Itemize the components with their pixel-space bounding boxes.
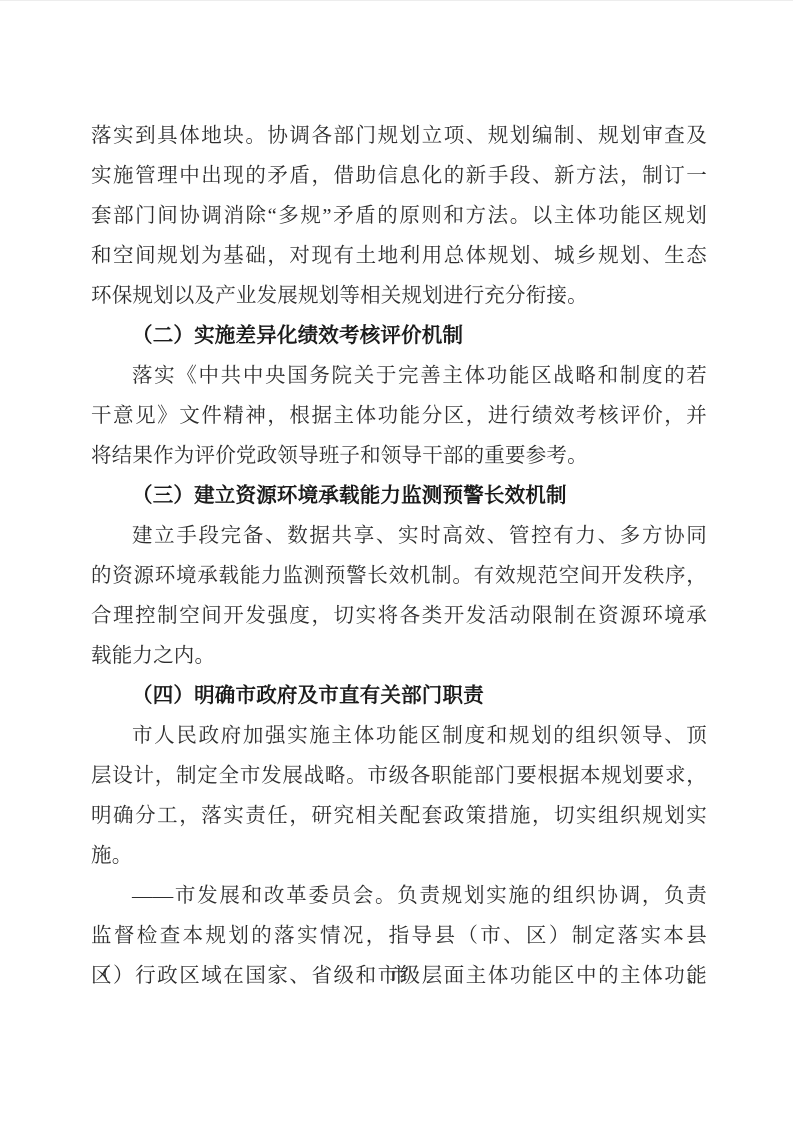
- text-line: 区）行政区域在国家、省级和市级层面主体功能区中的主体功能: [91, 956, 707, 996]
- document-body: 落实到具体地块。协调各部门规划立项、规划编制、规划审查及实施管理中出现的矛盾，借…: [91, 116, 707, 996]
- text-line: 明确分工，落实责任，研究相关配套政策措施，切实组织规划实: [91, 796, 707, 836]
- text-line: 市人民政府加强实施主体功能区制度和规划的组织领导、顶: [91, 716, 707, 756]
- text-line: 监督检查本规划的落实情况，指导县（市、区）制定落实本县（市、: [91, 916, 707, 956]
- text-line: 套部门间协调消除“多规”矛盾的原则和方法。以主体功能区规划: [91, 196, 707, 236]
- text-line: 的资源环境承载能力监测预警长效机制。有效规范空间开发秩序，: [91, 556, 707, 596]
- text-line: 施。: [91, 836, 707, 876]
- section-heading-line: （二）实施差异化绩效考核评价机制: [91, 316, 707, 356]
- text-line: 层设计，制定全市发展战略。市级各职能部门要根据本规划要求，: [91, 756, 707, 796]
- section-heading-line: （四）明确市政府及市直有关部门职责: [91, 676, 707, 716]
- text-line: 落实《中共中央国务院关于完善主体功能区战略和制度的若: [91, 356, 707, 396]
- text-line: 载能力之内。: [91, 636, 707, 676]
- text-line: 和空间规划为基础，对现有土地利用总体规划、城乡规划、生态: [91, 236, 707, 276]
- text-line: ——市发展和改革委员会。负责规划实施的组织协调，负责: [91, 876, 707, 916]
- document-page: 落实到具体地块。协调各部门规划立项、规划编制、规划审查及实施管理中出现的矛盾，借…: [0, 0, 793, 1122]
- text-line: 环保规划以及产业发展规划等相关规划进行充分衔接。: [91, 276, 707, 316]
- page-top-edge-line: [0, 0, 793, 1]
- section-heading-line: （三）建立资源环境承载能力监测预警长效机制: [91, 476, 707, 516]
- text-line: 合理控制空间开发强度，切实将各类开发活动限制在资源环境承: [91, 596, 707, 636]
- text-line: 干意见》文件精神，根据主体功能分区，进行绩效考核评价，并: [91, 396, 707, 436]
- text-line: 实施管理中出现的矛盾，借助信息化的新手段、新方法，制订一: [91, 156, 707, 196]
- text-line: 落实到具体地块。协调各部门规划立项、规划编制、规划审查及: [91, 116, 707, 156]
- text-line: 建立手段完备、数据共享、实时高效、管控有力、多方协同: [91, 516, 707, 556]
- text-line: 将结果作为评价党政领导班子和领导干部的重要参考。: [91, 436, 707, 476]
